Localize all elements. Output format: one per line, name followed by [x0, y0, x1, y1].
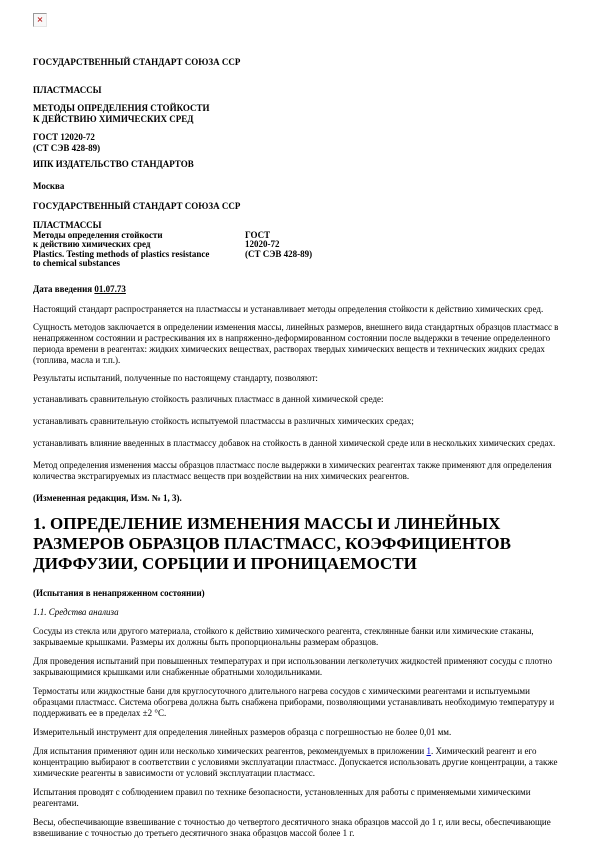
- mass-method-paragraph: Метод определения изменения массы образц…: [33, 460, 565, 482]
- broken-image-x-glyph: ×: [37, 16, 44, 24]
- section-1-1-subheading: 1.1. Средства анализа: [33, 607, 565, 618]
- masthead: ГОСУДАРСТВЕННЫЙ СТАНДАРТ СОЮЗА ССР ПЛАСТ…: [33, 57, 565, 212]
- section-1-heading: 1. ОПРЕДЕЛЕНИЕ ИЗМЕНЕНИЯ МАССЫ И ЛИНЕЙНЫ…: [33, 514, 565, 574]
- broken-image-icon: ×: [33, 13, 47, 27]
- results-item-2: устанавливать сравнительную стойкость ис…: [33, 416, 565, 427]
- gost-number-line: ГОСТ 12020-72: [33, 132, 565, 143]
- title-block-right-column: ГОСТ 12020-72 (СТ СЭВ 428-89): [245, 231, 312, 260]
- method-title-line-1: МЕТОДЫ ОПРЕДЕЛЕНИЯ СТОЙКОСТИ: [33, 103, 565, 114]
- safety-paragraph: Испытания проводят с соблюдением правил …: [33, 787, 565, 809]
- vessels-paragraph: Сосуды из стекла или другого материала, …: [33, 626, 565, 648]
- reagents-text-before: Для испытания применяют один или несколь…: [33, 746, 426, 756]
- code-sev: (СТ СЭВ 428-89): [245, 250, 312, 260]
- scope-paragraph: Настоящий стандарт распространяется на п…: [33, 304, 565, 315]
- section-1-subnote: (Испытания в ненапряженном состоянии): [33, 588, 565, 599]
- title-block: ПЛАСТМАССЫ Методы определения стойкости …: [33, 221, 565, 269]
- title-en-line-2: to chemical substances: [33, 259, 565, 269]
- elevated-temp-paragraph: Для проведения испытаний при повышенных …: [33, 656, 565, 678]
- effective-date-label: Дата введения: [33, 284, 92, 294]
- effective-date-line: Дата введения 01.07.73: [33, 284, 565, 295]
- standard-org-line-repeat: ГОСУДАРСТВЕННЫЙ СТАНДАРТ СОЮЗА ССР: [33, 201, 565, 212]
- city-line: Москва: [33, 181, 565, 192]
- revision-note: (Измененная редакция, Изм. № 1, 3).: [33, 493, 565, 504]
- scales-paragraph: Весы, обеспечивающие взвешивание с точно…: [33, 817, 565, 839]
- results-item-3: устанавливать влияние введенных в пластм…: [33, 438, 565, 449]
- results-paragraph: Результаты испытаний, полученные по наст…: [33, 373, 565, 384]
- publisher-line: ИПК ИЗДАТЕЛЬСТВО СТАНДАРТОВ: [33, 159, 565, 170]
- measuring-tool-paragraph: Измерительный инструмент для определения…: [33, 727, 565, 738]
- results-item-1: устанавливать сравнительную стойкость ра…: [33, 394, 565, 405]
- document-page: × ГОСУДАРСТВЕННЫЙ СТАНДАРТ СОЮЗА ССР ПЛА…: [0, 0, 595, 842]
- effective-date-value: 01.07.73: [94, 284, 126, 294]
- reagents-paragraph: Для испытания применяют один или несколь…: [33, 746, 565, 779]
- standard-org-line: ГОСУДАРСТВЕННЫЙ СТАНДАРТ СОЮЗА ССР: [33, 57, 565, 68]
- sev-number-line: (СТ СЭВ 428-89): [33, 143, 565, 154]
- subject-line: ПЛАСТМАССЫ: [33, 85, 565, 96]
- thermostats-paragraph: Термостаты или жидкостные бани для кругл…: [33, 686, 565, 719]
- essence-paragraph: Сущность методов заключается в определен…: [33, 322, 565, 366]
- method-title-line-2: К ДЕЙСТВИЮ ХИМИЧЕСКИХ СРЕД: [33, 114, 565, 125]
